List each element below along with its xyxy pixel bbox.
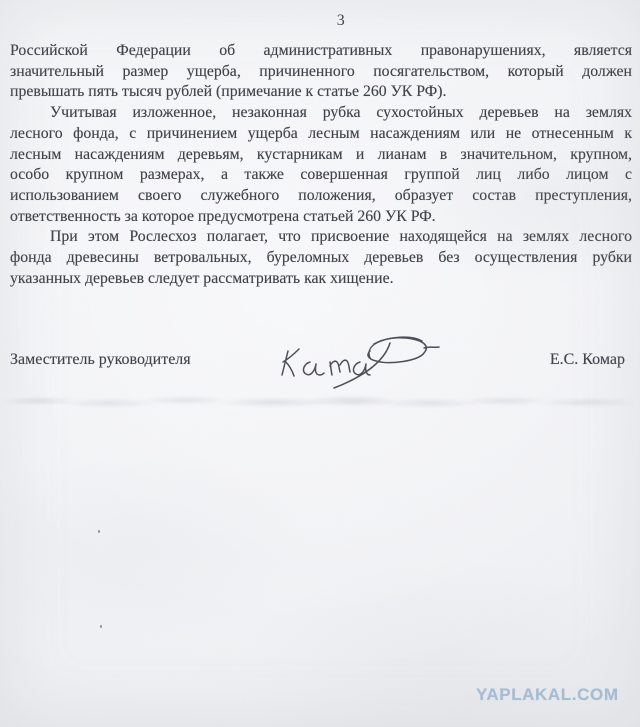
text-line: превышать пять тысяч рублей (примечание …	[10, 82, 632, 103]
text-line: Учитывая изложенное, незаконная рубка су…	[10, 103, 632, 124]
scan-speck	[100, 625, 102, 628]
paragraph-3: При этом Рослесхоз полагает, что присвое…	[10, 227, 632, 289]
signer-name: Е.С. Комар	[550, 351, 625, 369]
text-line: фонда древесины ветровальных, буреломных…	[10, 248, 632, 269]
paragraph-2: Учитывая изложенное, незаконная рубка су…	[10, 103, 632, 227]
text-line: При этом Рослесхоз полагает, что присвое…	[10, 227, 632, 248]
text-line: особо крупном размерах, а также совершен…	[10, 165, 632, 186]
text-line: ответственность за которое предусмотрена…	[10, 207, 632, 228]
signer-position-title: Заместитель руководителя	[10, 351, 191, 369]
page-number: 3	[0, 12, 640, 30]
text-line: указанных деревьев следует рассматривать…	[10, 269, 632, 290]
scan-speck	[98, 530, 100, 533]
text-line: значительный размер ущерба, причиненного…	[10, 62, 632, 83]
document-body: Российской Федерации об административных…	[10, 41, 632, 289]
ink-bleedthrough-artifact	[0, 391, 640, 413]
scanned-document-page: 3 Российской Федерации об административн…	[0, 0, 640, 727]
paragraph-1: Российской Федерации об административных…	[10, 41, 632, 103]
watermark-text: YAPLAKAL.COM	[476, 685, 619, 705]
handwritten-signature-icon	[272, 331, 442, 395]
text-line: лесным насаждениям деревьям, кустарникам…	[10, 145, 632, 166]
text-line: лесного фонда, с причинением ущерба лесн…	[10, 124, 632, 145]
text-line: использованием своего служебного положен…	[10, 186, 632, 207]
text-line: Российской Федерации об административных…	[10, 41, 632, 62]
